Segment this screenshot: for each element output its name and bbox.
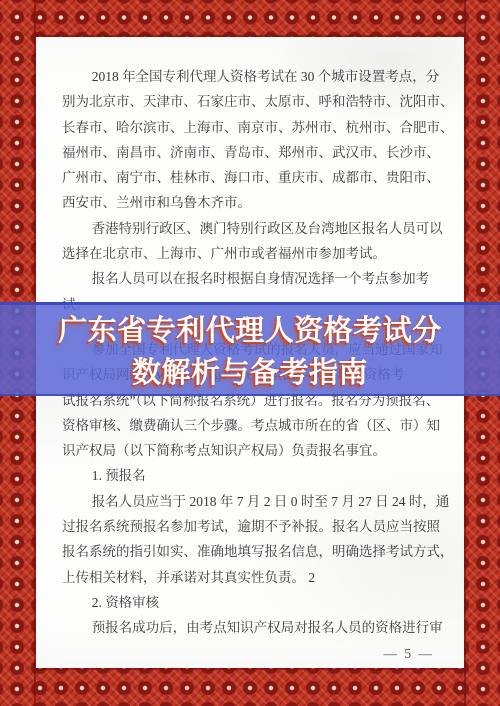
document-line: 过报名系统预报名参加考试，逾期不予补报。报名人员应当按照 <box>62 514 442 539</box>
document-line: 长春市、哈尔滨市、上海市、南京市、苏州市、杭州市、合肥市、 <box>62 115 442 140</box>
decorative-frame-top <box>0 0 500 37</box>
document-line: 别为北京市、天津市、石家庄市、太原市、呼和浩特市、沈阳市、 <box>62 89 442 114</box>
document-line: 报名人员应当于 2018 年 7 月 2 日 0 时至 7 月 27 日 24 … <box>62 489 442 514</box>
banner-title-line1: 广东省专利代理人资格考试分 <box>0 310 500 352</box>
document-line: 资格审核、缴费确认三个步骤。考点城市所在的省（区、市）知 <box>62 413 442 438</box>
decorative-frame-bottom <box>0 668 500 706</box>
document-line: 选择在北京市、上海市、广州市或者福州市参加考试。 <box>62 241 442 266</box>
document-line: 福州市、南昌市、济南市、青岛市、郑州市、武汉市、长沙市、 <box>62 140 442 165</box>
document-line: 识产权局（以下简称考点知识产权局）负责报名事宜。 <box>62 438 442 463</box>
document-line: 报名人员可以在报名时根据自身情况选择一个考点参加考 <box>62 266 442 291</box>
banner-title-line2: 数解析与备考指南 <box>0 352 500 394</box>
document-line: 上传相关材料，并承诺对其真实性负责。 2 <box>62 565 442 590</box>
document-line: 2. 资格审核 <box>62 590 442 615</box>
document-photo: 2018 年全国专利代理人资格考试在 30 个城市设置考点，分别为北京市、天津市… <box>0 0 500 706</box>
document-line: 西安市、兰州市和乌鲁木齐市。 <box>62 190 442 215</box>
document-line: 2018 年全国专利代理人资格考试在 30 个城市设置考点，分 <box>62 64 442 89</box>
document-line: 1. 预报名 <box>62 463 442 488</box>
page-number: — 5 — <box>62 641 442 666</box>
document-line: 香港特别行政区、澳门特别行政区及台湾地区报名人员可以 <box>62 216 442 241</box>
document-line: 报名系统的指引如实、准确地填写报名信息，明确选择考试方式， <box>62 539 442 564</box>
title-banner: 广东省专利代理人资格考试分 数解析与备考指南 <box>0 302 500 396</box>
document-line: 广州市、南宁市、桂林市、海口市、重庆市、成都市、贵阳市、 <box>62 165 442 190</box>
document-line: 预报名成功后，由考点知识产权局对报名人员的资格进行审 <box>62 615 442 640</box>
